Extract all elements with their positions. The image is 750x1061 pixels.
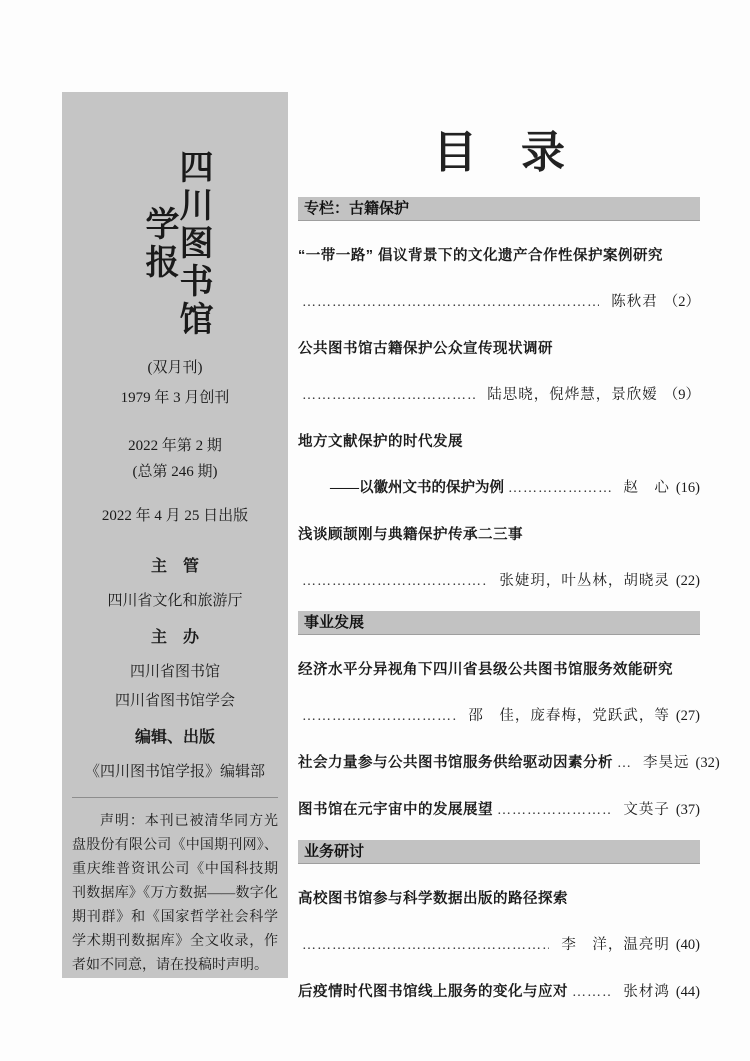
article-row: ——以徽州文书的保护为例…………………………………………………………………………… bbox=[298, 477, 700, 500]
article-authors: 李 洋，温亮明 bbox=[561, 934, 670, 956]
article-page-number: (16) bbox=[676, 477, 700, 499]
article-authors: 陈秋君 bbox=[611, 291, 658, 313]
article-title: 浅谈顾颉刚与典籍保护传承二三事 bbox=[298, 524, 700, 546]
article-authors: 文英子 bbox=[623, 799, 670, 821]
article-title: 高校图书馆参与科学数据出版的路径探索 bbox=[298, 888, 700, 910]
article-page-number: (44) bbox=[676, 981, 700, 1003]
sponsor-label: 主 办 bbox=[151, 624, 199, 647]
article-page-number: (37) bbox=[676, 799, 700, 821]
leader-dots: …………………………………………………………………………………………………………… bbox=[508, 478, 611, 500]
leader-dots: …………………………………………………………………………………………………………… bbox=[302, 571, 487, 593]
journal-masthead-sidebar: 四川图书馆学报 (双月刊) 1979 年 3 月创刊 2022 年第 2 期 (… bbox=[62, 92, 288, 978]
article-row: …………………………………………………………………………………………………………… bbox=[298, 384, 700, 407]
article-authors: 邵 佳，庞春梅，党跃武，等 bbox=[468, 705, 670, 727]
article-row: …………………………………………………………………………………………………………… bbox=[298, 934, 700, 957]
article-page-number: (22) bbox=[676, 570, 700, 592]
leader-dots: …………………………………………………………………………………………………………… bbox=[302, 706, 456, 728]
article-row: …………………………………………………………………………………………………………… bbox=[298, 291, 700, 314]
article-title: 后疫情时代图书馆线上服务的变化与应对 bbox=[298, 981, 568, 1003]
journal-cumulative-number: (总第 246 期) bbox=[133, 463, 218, 481]
article-title: “一带一路” 倡议背景下的文化遗产合作性保护案例研究 bbox=[298, 245, 700, 267]
toc-section-list: 专栏：古籍保护“一带一路” 倡议背景下的文化遗产合作性保护案例研究…………………… bbox=[298, 197, 700, 1004]
journal-frequency: (双月刊) bbox=[148, 359, 203, 377]
article-page-number: (40) bbox=[676, 934, 700, 956]
supervisor-name: 四川省文化和旅游厅 bbox=[107, 589, 242, 610]
article-authors: 李昊远 bbox=[643, 752, 690, 774]
leader-dots: …………………………………………………………………………………………………………… bbox=[302, 935, 549, 957]
article-page-number: （2） bbox=[664, 291, 700, 313]
leader-dots: …………………………………………………………………………………………………………… bbox=[302, 292, 599, 314]
article-title: 公共图书馆古籍保护公众宣传现状调研 bbox=[298, 338, 700, 360]
indexing-statement: 声明：本刊已被清华同方光盘股份有限公司《中国期刊网》、重庆维普资讯公司《中国科技… bbox=[72, 810, 278, 978]
article-row: 图书馆在元宇宙中的发展展望………………………………………………………………………… bbox=[298, 799, 700, 822]
article-page-number: (27) bbox=[676, 705, 700, 727]
article-row: …………………………………………………………………………………………………………… bbox=[298, 705, 700, 728]
section-header: 专栏：古籍保护 bbox=[298, 197, 700, 221]
section-header: 事业发展 bbox=[298, 611, 700, 635]
article-page-number: (32) bbox=[696, 752, 720, 774]
article-row: 社会力量参与公共图书馆服务供给驱动因素分析…………………………………………………… bbox=[298, 752, 700, 775]
leader-dots: …………………………………………………………………………………………………………… bbox=[617, 753, 631, 775]
article-row: 后疫情时代图书馆线上服务的变化与应对…………………………………………………………… bbox=[298, 981, 700, 1004]
sponsor-name-1: 四川省图书馆 bbox=[130, 660, 220, 681]
article-title: 经济水平分异视角下四川省县级公共图书馆服务效能研究 bbox=[298, 659, 700, 681]
article-authors: 张材鸿 bbox=[623, 981, 670, 1003]
article-title: 地方文献保护的时代发展 bbox=[298, 431, 700, 453]
sponsor-name-2: 四川省图书馆学会 bbox=[115, 689, 235, 710]
sidebar-divider bbox=[72, 797, 278, 798]
article-title: 图书馆在元宇宙中的发展展望 bbox=[298, 799, 493, 821]
journal-title: 四川图书馆学报 bbox=[141, 144, 209, 343]
toc-column: 目 录 专栏：古籍保护“一带一路” 倡议背景下的文化遗产合作性保护案例研究………… bbox=[298, 0, 700, 1004]
article-authors: 赵 心 bbox=[623, 477, 670, 499]
toc-title: 目 录 bbox=[298, 128, 700, 179]
editor-label: 编辑、出版 bbox=[135, 724, 215, 747]
section-header: 业务研讨 bbox=[298, 840, 700, 864]
article-authors: 陆思晓，倪烨慧，景欣嫒 bbox=[487, 384, 658, 406]
article-page-number: （9） bbox=[664, 384, 700, 406]
journal-publish-date: 2022 年 4 月 25 日出版 bbox=[102, 507, 248, 525]
editor-name: 《四川图书馆学报》编辑部 bbox=[85, 760, 265, 781]
leader-dots: …………………………………………………………………………………………………………… bbox=[497, 800, 611, 822]
article-authors: 张婕玥，叶丛林，胡晓灵 bbox=[499, 570, 670, 592]
article-subtitle: ——以徽州文书的保护为例 bbox=[330, 477, 504, 499]
leader-dots: …………………………………………………………………………………………………………… bbox=[572, 982, 611, 1004]
journal-founded-date: 1979 年 3 月创刊 bbox=[121, 389, 230, 407]
supervisor-label: 主 管 bbox=[151, 553, 199, 576]
article-title: 社会力量参与公共图书馆服务供给驱动因素分析 bbox=[298, 752, 613, 774]
leader-dots: …………………………………………………………………………………………………………… bbox=[302, 385, 475, 407]
journal-issue-number: 2022 年第 2 期 bbox=[128, 437, 222, 455]
article-row: …………………………………………………………………………………………………………… bbox=[298, 570, 700, 593]
